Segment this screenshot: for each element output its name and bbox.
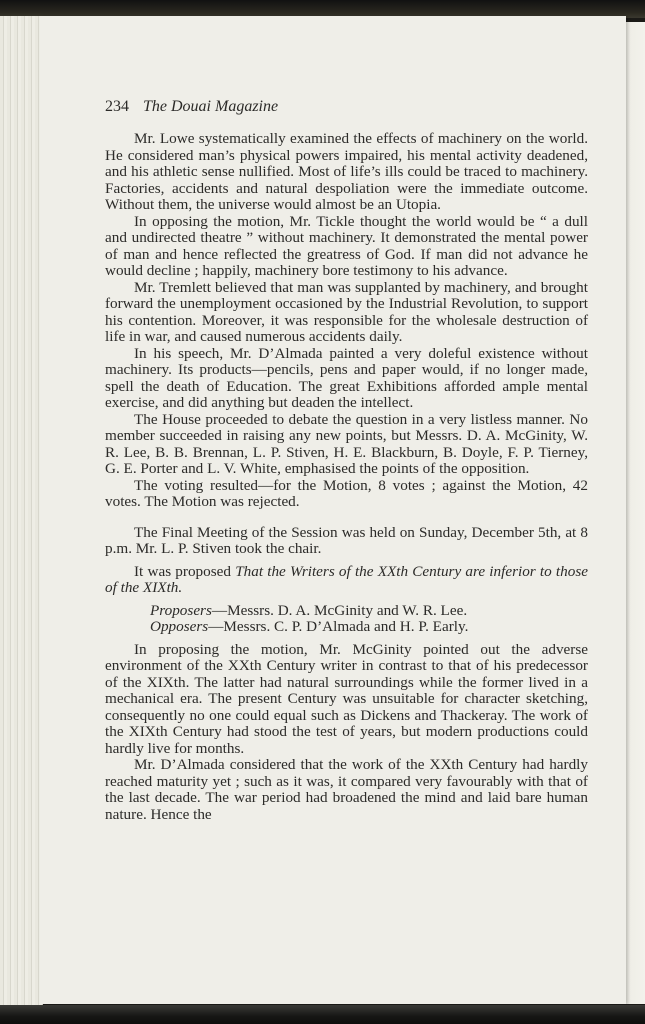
- proposers-line: Proposers—Messrs. D. A. McGinity and W. …: [105, 603, 588, 620]
- opposers-label: Opposers: [150, 618, 208, 635]
- opposers-line: Opposers—Messrs. C. P. D’Almada and H. P…: [105, 619, 588, 636]
- proposers-names: —Messrs. D. A. McGinity and W. R. Lee.: [212, 602, 467, 619]
- proposal-prefix: It was proposed: [134, 563, 235, 580]
- paragraph-mcginity: In proposing the motion, Mr. McGinity po…: [105, 642, 588, 758]
- paragraph-tremlett: Mr. Tremlett believed that man was suppl…: [105, 280, 588, 346]
- paragraph-tickle: In opposing the motion, Mr. Tickle thoug…: [105, 214, 588, 280]
- paragraph-dalmada: In his speech, Mr. D’Almada painted a ve…: [105, 346, 588, 412]
- page-number: 234: [105, 98, 129, 115]
- paragraph-final-meeting: The Final Meeting of the Session was hel…: [105, 525, 588, 558]
- page-stack-right: [624, 22, 645, 1004]
- running-head: 234 The Douai Magazine: [105, 97, 588, 117]
- paragraph-lowe: Mr. Lowe systematically examined the eff…: [105, 131, 588, 214]
- paragraph-dalmada-reply: Mr. D’Almada considered that the work of…: [105, 757, 588, 823]
- book-bottom-edge: [0, 1005, 645, 1024]
- magazine-title: The Douai Magazine: [143, 98, 278, 115]
- page-stack-left: [0, 16, 43, 1006]
- paragraph-house-debate: The House proceeded to debate the questi…: [105, 412, 588, 478]
- proposers-label: Proposers: [150, 602, 212, 619]
- paragraph-voting-result: The voting resulted—for the Motion, 8 vo…: [105, 478, 588, 511]
- paragraph-proposal: It was proposed That the Writers of the …: [105, 564, 588, 597]
- page-content: 234 The Douai Magazine Mr. Lowe systemat…: [105, 97, 588, 823]
- opposers-names: —Messrs. C. P. D’Almada and H. P. Early.: [208, 618, 468, 635]
